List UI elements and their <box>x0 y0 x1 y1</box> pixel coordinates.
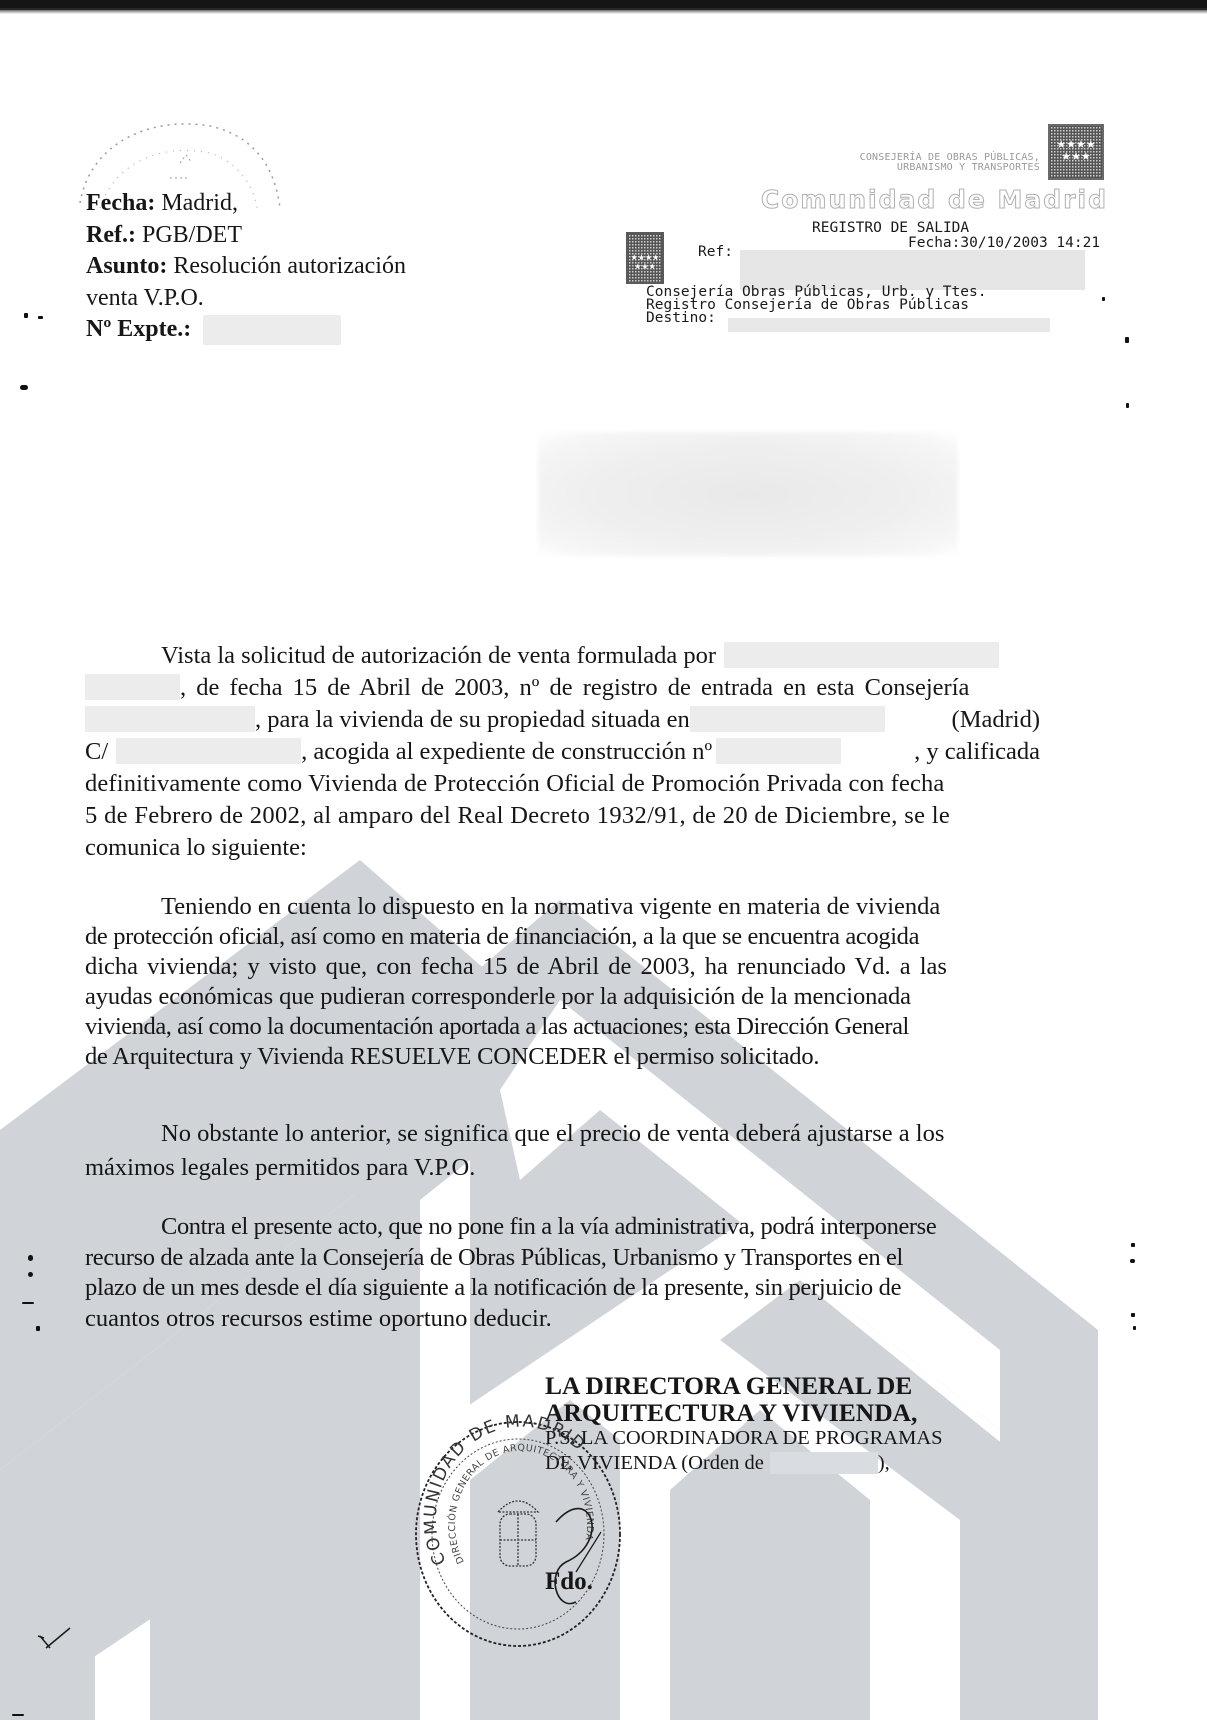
scan-mark <box>28 1255 33 1261</box>
p2-line: ayudas económicas que pudieran correspon… <box>85 982 1040 1012</box>
scan-mark <box>1102 297 1105 301</box>
redaction-block <box>203 315 341 345</box>
scan-mark <box>24 313 28 318</box>
scan-mark <box>1126 403 1129 408</box>
expte-label: Nº Expte.: <box>86 316 191 342</box>
redaction-block <box>770 1452 878 1474</box>
fecha-row: Fecha: Madrid, <box>86 188 406 220</box>
letter-header: Fecha: Madrid, Ref.: PGB/DET Asunto: Res… <box>86 188 406 346</box>
p1-line: , para la vivienda de su propiedad situa… <box>255 706 690 733</box>
svg-text:★★★: ★★★ <box>634 262 656 271</box>
scan-mark <box>22 1302 34 1304</box>
p3-line: No obstante lo anterior, se significa qu… <box>161 1120 944 1147</box>
registry-ref-label: Ref: <box>698 244 733 260</box>
orden-close: ), <box>878 1452 890 1474</box>
svg-text:COMUNIDAD DE MADRID: COMUNIDAD DE MADRID <box>421 1412 590 1568</box>
p1-line: , de fecha 15 de Abril de 2003, nº de re… <box>180 674 969 701</box>
p4-line: Contra el presente acto, que no pone fin… <box>161 1213 936 1240</box>
scan-mark <box>1131 1313 1135 1317</box>
svg-text:DIRECCIÓN GENERAL DE ARQUITECT: DIRECCIÓN GENERAL DE ARQUITECTURA Y VIVI… <box>446 1443 595 1566</box>
redaction-block <box>724 642 999 668</box>
consejeria-line2: URBANISMO Y TRANSPORTES <box>806 163 1040 173</box>
p4-line: cuantos otros recursos estime oportuno d… <box>85 1304 1040 1335</box>
registry-consejeria: CONSEJERÍA DE OBRAS PÚBLICAS, URBANISMO … <box>806 153 1040 173</box>
p2-line: de Arquitectura y Vivienda RESUELVE CONC… <box>85 1042 1040 1072</box>
redaction-block <box>85 706 255 732</box>
comunidad-madrid-logo: ★★★★ ★★★ <box>1048 124 1104 180</box>
fecha-value: Madrid, <box>161 190 238 216</box>
p1-line: 5 de Febrero de 2002, al amparo del Real… <box>85 800 1040 832</box>
registry-date: Fecha:30/10/2003 14:21 <box>908 235 1100 251</box>
p1-line: Vista la solicitud de autorización de ve… <box>161 642 716 669</box>
svg-text:★★★: ★★★ <box>1061 150 1091 163</box>
paragraph-appeal: Contra el presente acto, que no pone fin… <box>85 1212 1040 1334</box>
p4-line: recurso de alzada ante la Consejería de … <box>85 1243 1040 1274</box>
redaction-block <box>85 674 180 700</box>
scan-mark <box>1131 1243 1135 1247</box>
seal-inner-text: DIRECCIÓN GENERAL DE ARQUITECTURA Y VIVI… <box>446 1443 595 1566</box>
asunto-label: Asunto: <box>86 253 167 279</box>
seal-outer-text: COMUNIDAD DE MADRID <box>421 1412 590 1568</box>
p1-line: (Madrid) <box>952 704 1040 736</box>
p1-line: definitivamente como Vivienda de Protecc… <box>85 768 1040 800</box>
svg-text:★★★★: ★★★★ <box>631 253 660 262</box>
paragraph-price-limit: No obstante lo anterior, se significa qu… <box>85 1117 1040 1185</box>
scan-mark <box>1130 1259 1135 1263</box>
scan-mark <box>12 1714 24 1716</box>
registry-title: REGISTRO DE SALIDA <box>812 220 969 236</box>
registry-institution: Comunidad de Madrid <box>750 185 1108 214</box>
scan-mark <box>1125 337 1129 343</box>
p2-line: vivienda, así como la documentación apor… <box>85 1012 1040 1042</box>
recipient-address-redacted <box>538 432 958 556</box>
scan-top-edge <box>0 0 1207 10</box>
comunidad-madrid-logo-small: ★★★★ ★★★ <box>626 232 664 284</box>
scan-mark <box>28 1272 33 1277</box>
p2-line: Teniendo en cuenta lo dispuesto en la no… <box>161 893 940 920</box>
fecha-label: Fecha: <box>86 190 155 216</box>
redaction-block <box>716 738 841 764</box>
p1-line: , y calificada <box>914 736 1040 768</box>
redaction-block <box>690 706 885 732</box>
paragraph-request: Vista la solicitud de autorización de ve… <box>85 640 1040 864</box>
coat-of-arms-icon <box>498 1501 538 1566</box>
asunto-value-line2: venta V.P.O. <box>86 283 406 315</box>
p2-line: de protección oficial, así como en mater… <box>85 922 1040 952</box>
p2-line: dicha vivienda; y visto que, con fecha 1… <box>85 952 1040 982</box>
p1-line: C/ <box>85 738 108 765</box>
checkmark-icon <box>34 1624 74 1660</box>
paragraph-resolution: Teniendo en cuenta lo dispuesto en la no… <box>85 892 1040 1072</box>
expte-row: Nº Expte.: <box>86 314 406 346</box>
redaction-block <box>728 318 1050 332</box>
asunto-row: Asunto: Resolución autorización <box>86 251 406 283</box>
scan-mark <box>20 385 28 390</box>
p1-line: comunica lo siguiente: <box>85 832 1040 864</box>
ref-value: PGB/DET <box>142 222 242 248</box>
p4-line: plazo de un mes desde el día siguiente a… <box>85 1273 1040 1304</box>
official-seal: COMUNIDAD DE MADRID DIRECCIÓN GENERAL DE… <box>406 1412 636 1652</box>
scan-mark <box>36 1326 40 1331</box>
redaction-block <box>116 738 301 764</box>
p1-line: , acogida al expediente de construcción … <box>301 738 712 765</box>
asunto-value: Resolución autorización <box>173 253 406 279</box>
signatory-title-line1: LA DIRECTORA GENERAL DE <box>545 1372 943 1399</box>
p3-line: máximos legales permitidos para V.P.O. <box>85 1151 1040 1185</box>
ref-row: Ref.: PGB/DET <box>86 220 406 252</box>
scan-mark <box>38 316 43 319</box>
ref-label: Ref.: <box>86 222 136 248</box>
scan-mark <box>1133 1326 1136 1330</box>
